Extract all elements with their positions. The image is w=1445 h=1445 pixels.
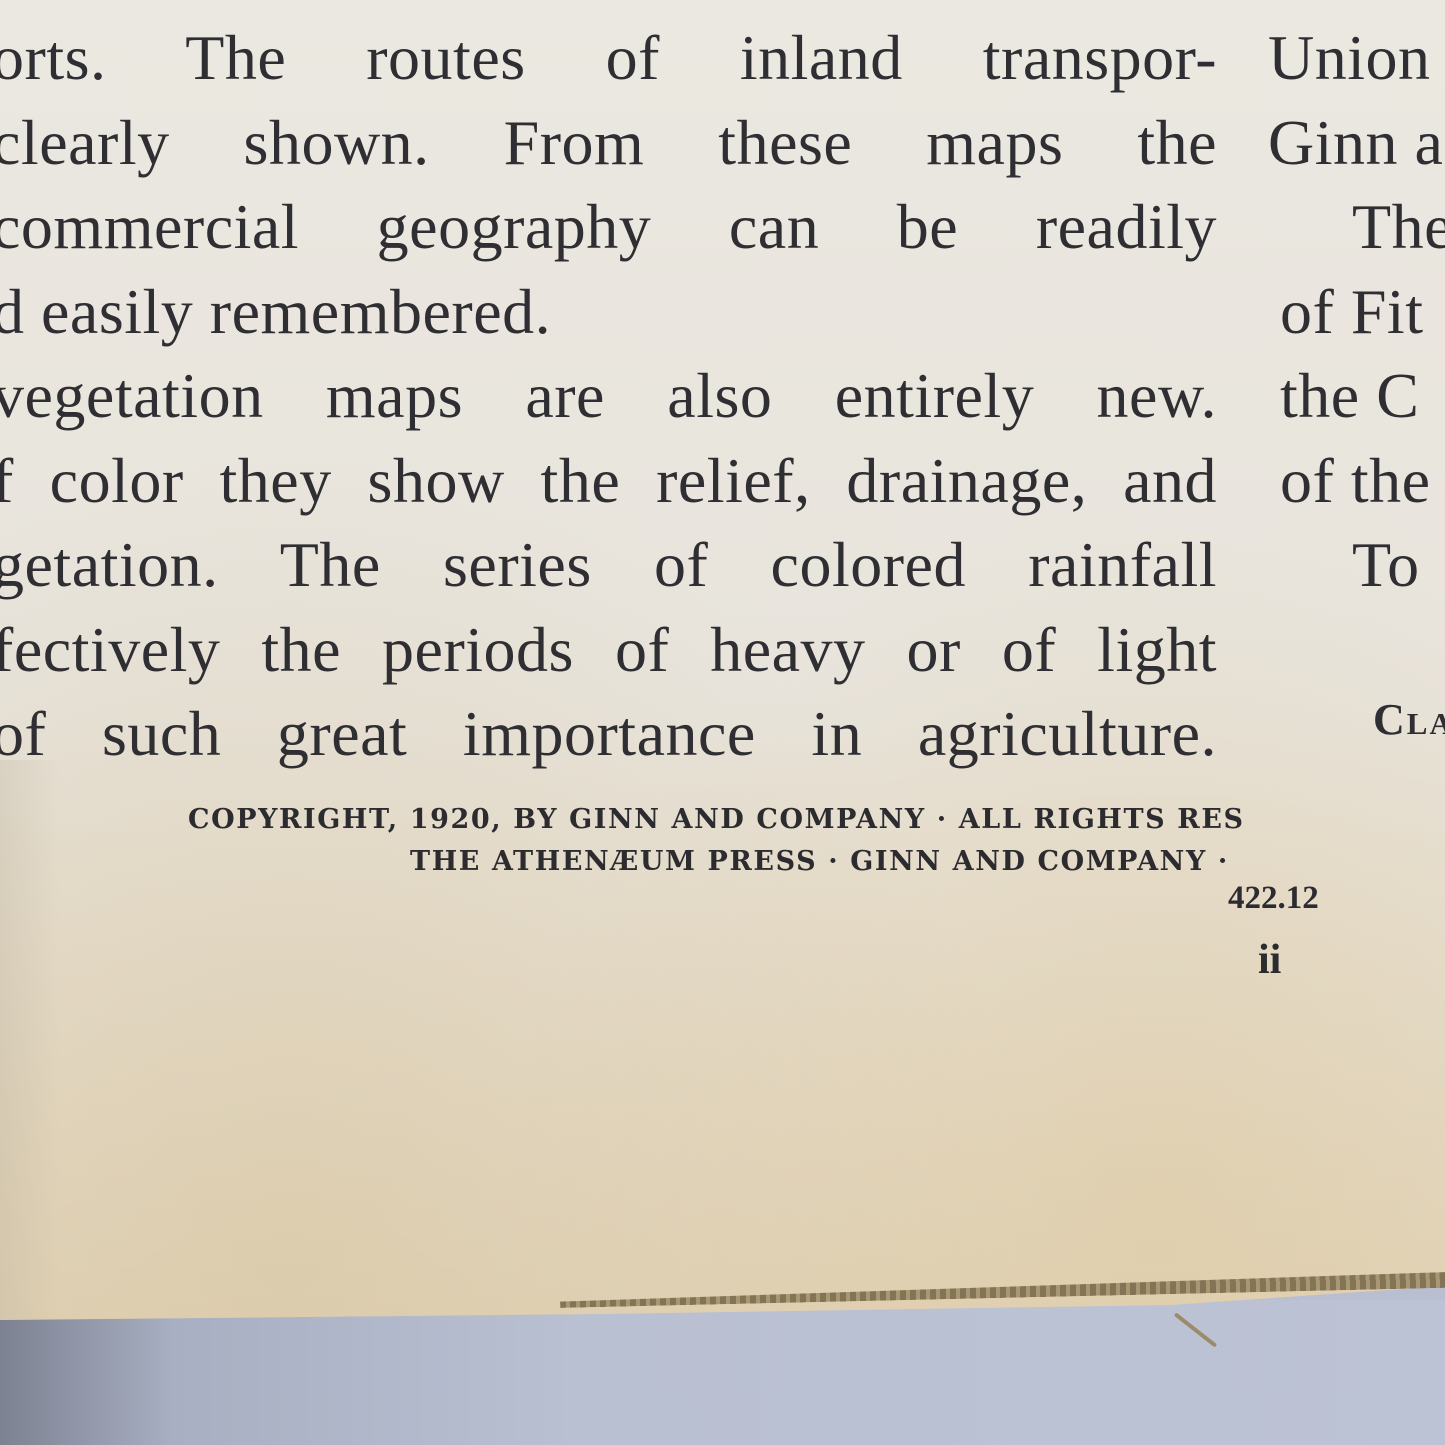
text-line: orts. The routes of inland transpor- xyxy=(0,16,1217,101)
left-text-column: orts. The routes of inland transpor- cle… xyxy=(0,16,1217,777)
loose-thread xyxy=(1174,1312,1217,1347)
text-line: The xyxy=(1268,185,1445,270)
text-line: f color they show the relief, drainage, … xyxy=(0,439,1217,524)
text-line: the C xyxy=(1268,354,1445,439)
page-shadow xyxy=(0,760,60,1320)
text-line: vegetation maps are also entirely new. xyxy=(0,354,1217,439)
text-line: getation. The series of colored rainfall xyxy=(0,523,1217,608)
text-line: Ginn a xyxy=(1268,101,1445,186)
text-line: of the xyxy=(1268,439,1445,524)
text-line: d easily remembered. xyxy=(0,270,1217,355)
right-text-column: Union Ginn a The of Fit the C of the To … xyxy=(1268,16,1445,762)
book-page: orts. The routes of inland transpor- cle… xyxy=(0,0,1445,1320)
copyright-line: COPYRIGHT, 1920, BY GINN AND COMPANY · A… xyxy=(188,804,1245,835)
table-surface-background xyxy=(0,1300,1445,1445)
text-line: of such great importance in agriculture. xyxy=(0,692,1217,777)
text-line: of Fit xyxy=(1268,270,1445,355)
text-line: fectively the periods of heavy or of lig… xyxy=(0,608,1217,693)
catalog-number: 422.12 xyxy=(1228,880,1319,917)
text-line: clearly shown. From these maps the xyxy=(0,101,1217,186)
text-line: commercial geography can be readily xyxy=(0,185,1217,270)
signature-name: Cla xyxy=(1268,678,1445,762)
text-line: To xyxy=(1268,523,1445,608)
press-line: THE ATHENÆUM PRESS · GINN AND COMPANY · xyxy=(410,846,1229,877)
text-line: Union xyxy=(1268,16,1445,101)
page-number: ii xyxy=(1258,936,1281,984)
